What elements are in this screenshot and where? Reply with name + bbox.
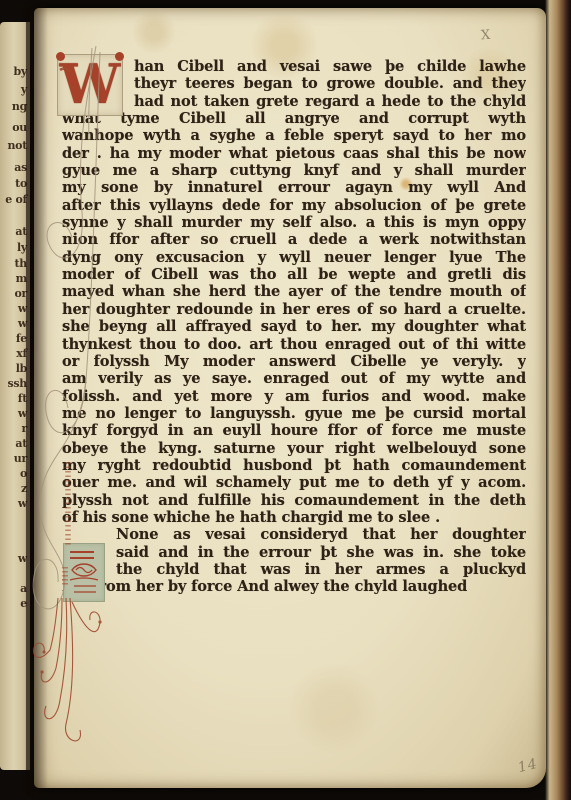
text-block: han Cibell and vesai sawe þe childe lawh… [62,58,526,596]
text-line: she beyng all affrayed sayd to her. my d… [62,318,526,335]
text-line: me no lenger to languyssh. gyue me þe cu… [62,405,526,422]
facing-page-text-fragment: y [21,84,27,96]
pencil-page-number: 14 [516,756,539,776]
facing-page-text-fragment: at [15,438,27,450]
text-line: gyue me a sharp cuttyng knyf and y shall… [62,162,526,179]
text-line: theyr teeres began to growe double. and … [134,75,526,92]
text-line: wanhope wyth a syghe a feble speryt sayd… [62,127,526,144]
facing-page-text-fragment: th [15,258,27,270]
facing-page-text-fragment: w [18,303,27,315]
text-line: ouer me. and wil schamely put me to deth… [62,474,526,491]
facing-page-text-fragment: ur [14,453,27,465]
facing-page-edge: byyngounotastoe ofatlythmorwwfexflbsshft… [0,22,30,770]
text-line: her doughter redounde in her eres of so … [62,301,526,318]
text-line: the chyld that was in her armes a plucky… [116,561,526,578]
text-line: han Cibell and vesai sawe þe childe lawh… [134,58,526,75]
facing-page-text-fragment: w [18,318,27,330]
text-line: synne y shall murder my self also. a thi… [62,214,526,231]
facing-page-text-fragment: e [20,598,27,610]
facing-page-text-fragment: or [14,288,27,300]
text-line: am verily as ye saye. enraged out of my … [62,370,526,387]
facing-page-text-fragment: not [7,140,27,152]
penwork-initial-ornament [64,544,104,601]
facing-page-text-fragment: a [20,583,27,595]
facing-page-text-fragment: xf [16,348,27,360]
facing-page-text-fragment: ly [17,242,27,254]
facing-page-text-fragment: e of [5,194,27,206]
text-line: my ryght redoubtid husbond þt hath comau… [62,457,526,474]
facing-page-text-fragment: to [15,178,27,190]
text-line: der . ha my moder what pietous caas shal… [62,145,526,162]
facing-page-text-fragment: as [14,162,27,174]
facing-page-text-fragment: ft [18,393,27,405]
text-line: nion ffor after so cruell a dede a werk … [62,231,526,248]
facing-page-text-fragment: w [18,408,27,420]
text-line: or folyssh My moder answerd Cibelle ye v… [62,353,526,370]
facing-page-text-fragment: by [14,66,27,78]
text-line: what tyme Cibell all angrye and corrupt … [62,110,526,127]
penwork-pattern [64,544,104,601]
decorated-initial-W: W [58,55,122,115]
facing-page-text-fragment: o [20,468,27,480]
text-line: my sone by innaturel errour agayn my wyl… [62,179,526,196]
text-line: of his sone whiche he hath chargid me to… [62,509,526,526]
facing-page-text-fragment: lb [16,363,27,375]
text-line: hyt from her by force And alwey the chyl… [62,578,526,595]
text-line: said and in the errour þt she was in. sh… [116,544,526,561]
facing-page-text-fragment: ng [12,101,27,113]
facing-page-text-fragment: ou [12,122,27,134]
book-fore-edges [545,0,571,800]
text-line: after this vyllayns dede for my absoluci… [62,197,526,214]
facing-page-text-fragment: fe [16,333,27,345]
initial-letter: W [58,55,122,115]
text-line: mayed whan she herd the ayer of the tend… [62,283,526,300]
text-line: obeye the kyng. saturne your right welbe… [62,440,526,457]
text-line: dyng ony excusacion y wyll neuer lenger … [62,249,526,266]
text-line: None as vesai consideryd that her dought… [116,526,526,543]
facing-page-text-fragment: at [15,226,27,238]
facing-page-text-fragment: ssh [8,378,27,390]
text-line: moder of Cibell was tho all be wepte and… [62,266,526,283]
text-line: plyssh not and fulfille his comaundement… [62,492,526,509]
facing-page-text-fragment: w [18,498,27,510]
book-photograph: byyngounotastoe ofatlythmorwwfexflbsshft… [0,0,571,800]
text-line: knyf forgyd in an euyll houre ffor of fo… [62,422,526,439]
facing-page-text-fragment: z [21,483,27,495]
text-line: folissh. and yet more y am furios and wo… [62,388,526,405]
text-line: thynkest thou to doo. art thou enraged o… [62,336,526,353]
text-line: had not taken grete regard a hede to the… [134,93,526,110]
facing-page-text-fragment: m [16,273,27,285]
manuscript-page: X W han Cibell and vesai sawe þe childe … [34,8,546,788]
facing-page-text-fragment: r [22,423,28,435]
facing-page-text-fragment: w [18,553,27,565]
folio-heading: X [480,28,490,44]
